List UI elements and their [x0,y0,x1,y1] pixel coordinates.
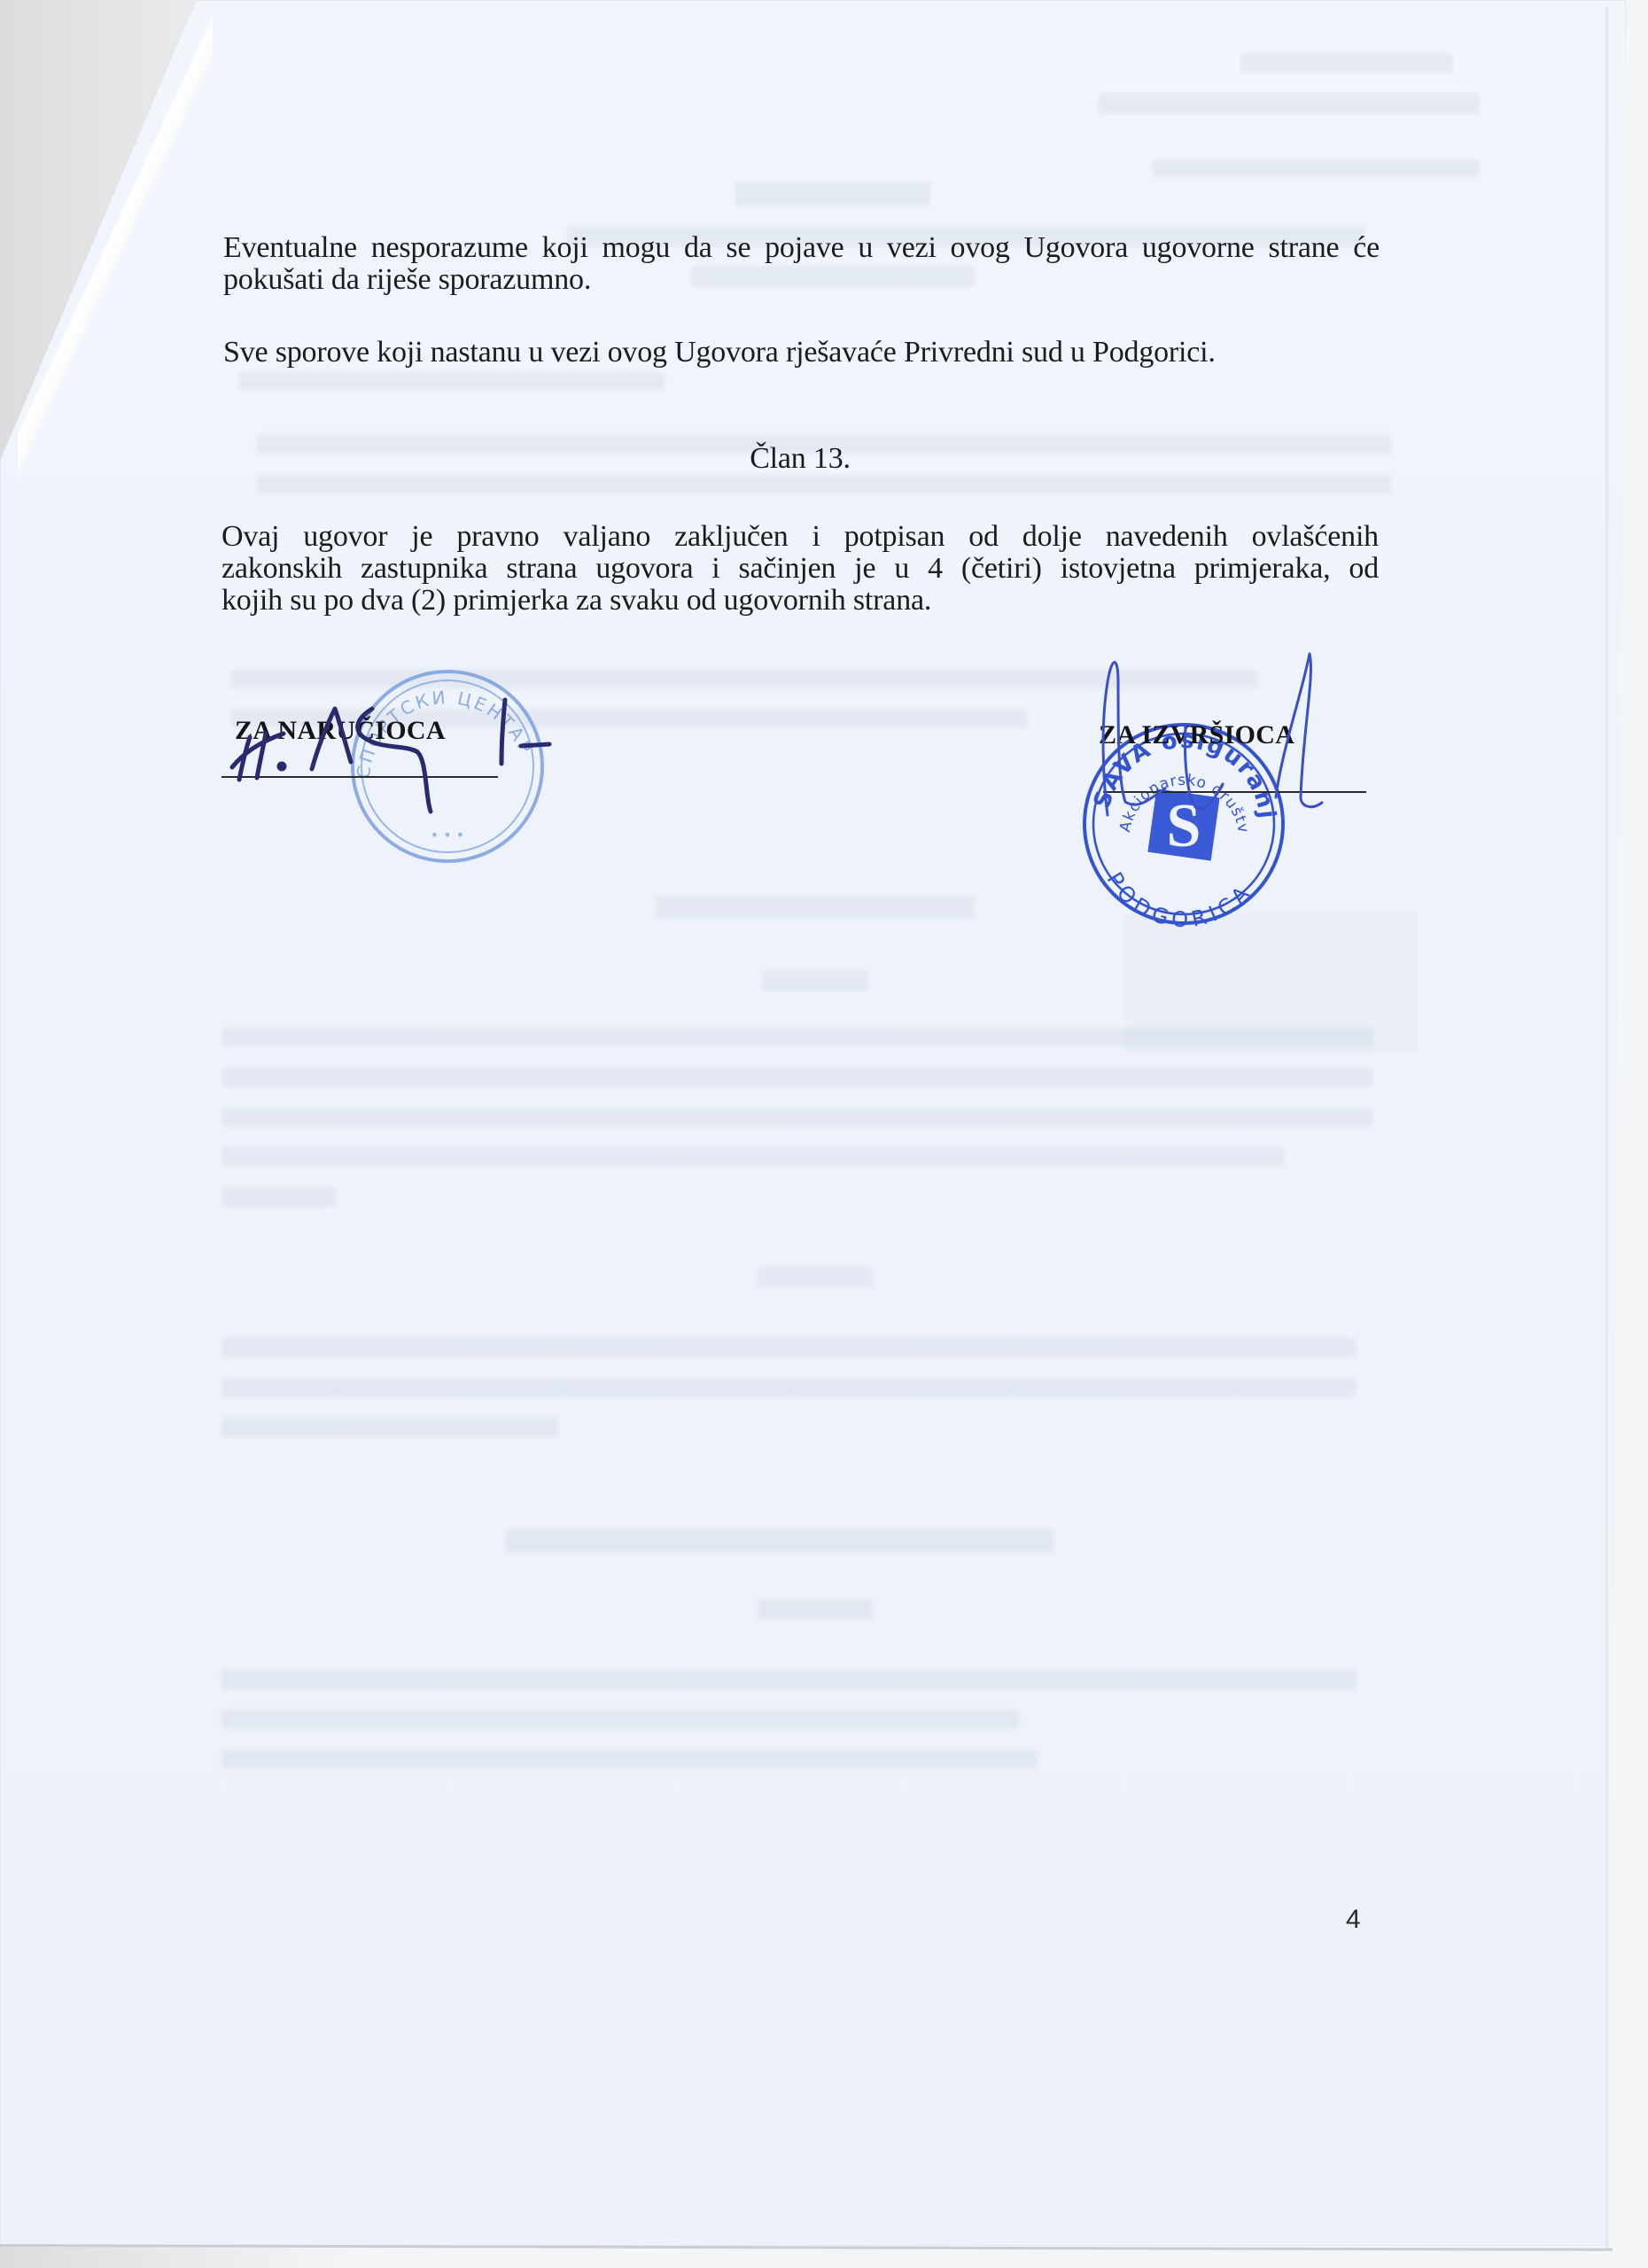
paragraph-dispute-resolution: Eventualne nesporazume koji mogu da se p… [223,232,1380,296]
paragraph-court-jurisdiction: Sve sporove koji nastanu u vezi ovog Ugo… [223,337,1393,369]
client-signature-line [222,776,498,778]
paragraph-article-13: Ovaj ugovor je pravno valjano zaključen … [222,521,1379,617]
article-13-line: Ovaj ugovor je pravno valjano zaključen … [222,521,1379,553]
contractor-signature-line [1103,791,1366,793]
article-heading: Član 13. [0,443,1600,475]
client-signature-label: ZA NARUČIOCA [235,716,446,746]
article-13-line: kojih su po dva (2) primjerka za svaku o… [222,585,1379,617]
paper-fold [18,0,213,478]
contractor-signature-label: ZA IZVRŠIOCA [1099,720,1294,750]
article-13-line: zakonskih zastupnika strana ugovora i sa… [222,553,1379,585]
paper-edge-right [1605,7,1611,2249]
page-number: 4 [1346,1905,1361,1935]
